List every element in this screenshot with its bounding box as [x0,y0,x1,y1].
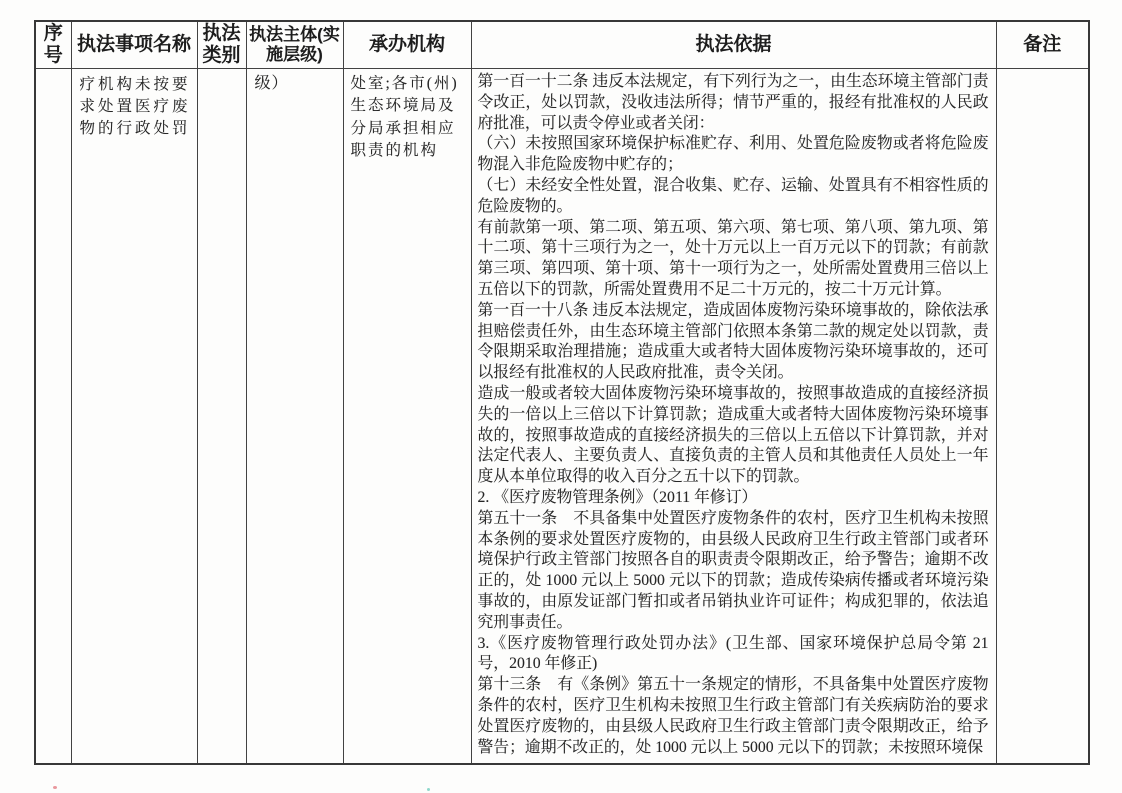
col-header-agency: 承办机构 [343,21,471,69]
cell-legal-basis: 第一百一十二条 违反本法规定，有下列行为之一，由生态环境主管部门责令改正，处以罚… [471,69,996,765]
cell-item-name: 疗机构未按要 求处置医疗废 物的行政处罚 [71,69,197,765]
agency-text: 处室;各市(州) 生态环境局及 分局承担相应 职责的机构 [344,69,471,759]
item-name-text: 疗机构未按要 求处置医疗废 物的行政处罚 [72,69,197,760]
scan-speck-teal [427,788,430,791]
scanned-document-page: 序 号 执法事项名称 执法 类别 执法主体(实 施层级) 承办机构 执法依据 备… [0,0,1122,793]
legal-basis-text: 第一百一十二条 违反本法规定，有下列行为之一，由生态环境主管部门责令改正，处以罚… [472,69,996,758]
basis-paragraph: 造成一般或者较大固体废物污染环境事故的，按照事故造成的直接经济损失的一倍以上三倍… [478,384,989,488]
col-header-serial-no: 序 号 [35,21,71,69]
basis-paragraph: 第一百一十二条 违反本法规定，有下列行为之一，由生态环境主管部门责令改正，处以罚… [478,72,989,134]
scan-speck-pink [53,786,57,789]
table-header-row: 序 号 执法事项名称 执法 类别 执法主体(实 施层级) 承办机构 执法依据 备… [35,21,1089,69]
basis-paragraph: 第十三条 有《条例》第五十一条规定的情形，不具备集中处置医疗废物条件的农村，医疗… [478,675,989,758]
table-row: 疗机构未按要 求处置医疗废 物的行政处罚 级） 处室;各市(州) 生态环境局及 … [35,69,1089,765]
cell-serial-no [35,69,71,765]
basis-paragraph: 第五十一条 不具备集中处置医疗废物条件的农村，医疗卫生机构未按照本条例的要求处置… [478,509,989,634]
cell-subject-level: 级） [246,69,343,765]
cell-category [197,69,246,765]
col-header-category: 执法 类别 [197,21,246,69]
basis-paragraph: 第一百一十八条 违反本法规定，造成固体废物污染环境事故的，除依法承担赔偿责任外，… [478,301,989,384]
basis-paragraph: 3.《医疗废物管理行政处罚办法》(卫生部、国家环境保护总局令第 21 号，201… [478,634,989,676]
col-header-legal-basis: 执法依据 [471,21,996,69]
enforcement-items-table: 序 号 执法事项名称 执法 类别 执法主体(实 施层级) 承办机构 执法依据 备… [34,20,1090,765]
basis-paragraph: （六）未按照国家环境保护标准贮存、利用、处置危险废物或者将危险废物混入非危险废物… [478,134,989,176]
col-header-item-name: 执法事项名称 [71,21,197,69]
col-header-remarks: 备注 [996,21,1089,69]
basis-paragraph: 2. 《医疗废物管理条例》（2011 年修订） [478,488,989,509]
cell-remarks [996,69,1089,765]
cell-agency: 处室;各市(州) 生态环境局及 分局承担相应 职责的机构 [343,69,471,765]
basis-paragraph: （七）未经安全性处置，混合收集、贮存、运输、处置具有不相容性质的危险废物的。 [478,176,989,218]
basis-paragraph: 有前款第一项、第二项、第五项、第六项、第七项、第八项、第九项、第十二项、第十三项… [478,218,989,301]
col-header-subject-level: 执法主体(实 施层级) [246,21,343,69]
subject-level-text: 级） [247,69,343,759]
